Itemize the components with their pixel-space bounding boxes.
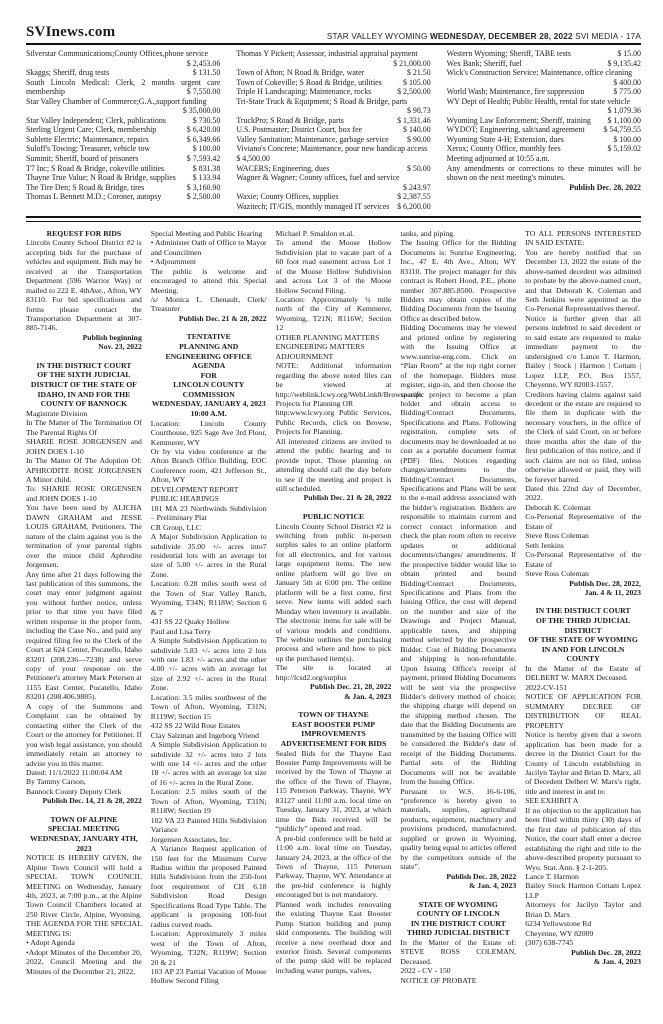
- expense-line: World Wash; Maintenance, fire suppressio…: [447, 87, 641, 97]
- expense-line: Skaggs; Sheriff, drug tests$ 131.50: [26, 68, 220, 78]
- expense-line: Thayne True Value; N Road & Bridge, supp…: [26, 173, 220, 183]
- notice-paragraph: Location: Lincoln County Courthouse, 925…: [151, 419, 267, 447]
- expense-payee: Town of Afton; N Road & Bridge, water: [236, 68, 364, 77]
- expense-line: Silverstar Communications;County Offices…: [26, 49, 220, 68]
- expense-line: U.S. Postmaster; District Court, box fee…: [236, 125, 430, 135]
- notice-paragraph: Co-Personal Representative of the Estate…: [525, 512, 641, 531]
- notice-paragraph: NOTICE OF APPLICATION FOR SUMMARY DECREE…: [525, 692, 641, 730]
- expense-payee: Xerox; County Office, monthly fees: [447, 144, 561, 153]
- notice-paragraph: NOTE: Additional information regarding t…: [276, 361, 392, 408]
- expense-payee: Sterling Urgent Care; Clerk, membership: [26, 125, 156, 134]
- notice-paragraph: 6234 Yellowstone Rd: [525, 919, 641, 928]
- expense-payee: Wyoming State 4-H; Extension, dues: [447, 135, 564, 144]
- expense-amount: $ 2,500.00: [181, 192, 221, 202]
- expense-payee: Star Valley Chamber of Commerce;G.A.,sup…: [26, 97, 206, 106]
- expense-amount: $ 21.50: [401, 68, 431, 78]
- site-title: SVInews.com: [26, 24, 115, 41]
- expense-line: Wick's Construction Service; Maintenance…: [447, 68, 641, 87]
- publish-line: Publish Dec. 14, 21 & 28, 2022: [26, 796, 142, 805]
- notice-paragraph: NOTICE IS HEREBY GIVEN, the Alpine Town …: [26, 853, 142, 938]
- expense-amount: $ 775.00: [607, 87, 641, 97]
- notice-paragraph: In The Matter Of The Adoption Of: APHROD…: [26, 456, 142, 484]
- expense-amount: $ 1,331.46: [391, 116, 431, 126]
- notice-paragraph: Jorgensen Associates, Inc.: [151, 835, 267, 844]
- legal-column-3: Michael P. Smaldon et.al.To amend the Mo…: [276, 229, 392, 1011]
- expense-payee: WYDOT; Engineering, salt/sand agreement: [447, 125, 585, 134]
- notice-paragraph: Location: 3.5 miles southwest of the Tow…: [151, 693, 267, 721]
- publish-line: Publish Dec. 21 & 28, 2022: [276, 493, 392, 502]
- expense-line: Star Valley Independent; Clerk, publicat…: [26, 116, 220, 126]
- expense-line: Tri-State Truck & Equipment; S Road & Br…: [236, 97, 430, 116]
- notice-paragraph: /s/ Monica L. Chenault, Clerk/ Treasurer: [151, 295, 267, 314]
- expense-amount: $ 140.00: [397, 125, 431, 135]
- expense-column-2: Thomas Y Pickett; Assessor, industrial a…: [236, 49, 430, 211]
- expense-payee: Thayne True Value; N Road & Bridge, supp…: [26, 173, 176, 182]
- expense-column-3: Western Wyoming; Sheriff, TABE tests$ 15…: [447, 49, 641, 211]
- notice-paragraph: SEE EXHIBIT A: [525, 796, 641, 805]
- notice-paragraph: 2022 - CV - 150: [400, 966, 516, 975]
- expense-line: Wagner & Wagner; County offices, fuel an…: [236, 173, 430, 192]
- notice-paragraph: Cheyenne, WY 82009: [525, 929, 641, 938]
- expense-amount: $ 50.00: [401, 164, 431, 174]
- expense-amount: $ 2,453.06: [181, 59, 221, 69]
- notice-paragraph: Bailey Stock Harmon Cottam Lopez LLP: [525, 881, 641, 900]
- notice-paragraph: Special Meeting and Public Hearing: [151, 229, 267, 238]
- notice-paragraph: Or by via video conference at the Afton …: [151, 447, 267, 485]
- publish-line: Publish Dec. 21, 28, 2022 & Jan. 4, 2023: [276, 682, 392, 701]
- expense-payee: Viviano's Concrete; Maintenance, pour ne…: [236, 144, 427, 153]
- notice-paragraph: Bidding Documents may be viewed and prin…: [400, 323, 516, 786]
- notice-paragraph: Steve Ross Coleman: [525, 569, 641, 578]
- notice-heading: IN THE DISTRICT COURT OF THE THIRD JUDIC…: [525, 606, 641, 664]
- notice-paragraph: A copy of the Summons and Complaint can …: [26, 702, 142, 768]
- expense-payee: Wick's Construction Service; Maintenance…: [447, 68, 632, 77]
- notice-paragraph: Sealed Bids for the Thayne East Booster …: [276, 749, 392, 834]
- notice-paragraph: A Variance Request application of 150 fe…: [151, 844, 267, 929]
- expense-payee: Sublette Electric; Maintenance, repairs: [26, 135, 149, 144]
- expense-payee: U.S. Postmaster; District Court, box fee: [236, 125, 362, 134]
- notice-paragraph: • Administer Oath of Office to Mayor and…: [151, 238, 267, 257]
- notice-paragraph: Dated: 11/1/2022 11:00:04 AM: [26, 768, 142, 777]
- expense-amount: $ 21,000.00: [387, 59, 430, 69]
- notice-heading: REQUEST FOR BIDS: [26, 229, 142, 239]
- notice-paragraph: Steve Ross Coleman: [525, 531, 641, 540]
- expense-line: Viviano's Concrete; Maintenance, pour ne…: [236, 144, 430, 154]
- expense-amount: $ 133.94: [187, 173, 221, 183]
- notice-paragraph: To: SHARIE ROSE ORGENSEN and JOHN DOES 1…: [26, 484, 142, 503]
- newspaper-page: SVInews.com STAR VALLEY WYOMING WEDNESDA…: [0, 0, 663, 1011]
- expense-line: Suloff's Towing; Treasurer, vehicle tow$…: [26, 144, 220, 154]
- publish-line: Publish Dec. 28, 2022 & Jan. 4, 2023: [400, 872, 516, 891]
- notice-paragraph: Lance T. Harmon: [525, 872, 641, 881]
- publish-line: Publish beginning Nov. 23, 2022: [26, 333, 142, 352]
- expense-amount: $ 243.97: [397, 183, 431, 193]
- expense-payee: WACERS; Engineering, dues: [236, 164, 329, 173]
- expense-amount: $ 35,000.00: [177, 106, 220, 116]
- expense-payee: WY Dept of Health; Public Health, rental…: [447, 97, 630, 106]
- notice-paragraph: 2022-CV-151: [525, 683, 641, 692]
- expense-amount: $ 2,387.55: [391, 192, 431, 202]
- expense-amount: $ 5,159.02: [601, 144, 641, 154]
- notice-paragraph: To amend the Moose Hollow Subdivision pl…: [276, 238, 392, 295]
- notice-paragraph: ENGINEERING MATTERS: [276, 342, 392, 351]
- expense-payee: The Tire Den; S Road & Bridge, tires: [26, 183, 144, 192]
- notice-paragraph: Co-Personal Representative of the Estate…: [525, 550, 641, 569]
- notice-paragraph: Location: 2.5 miles south of the Town of…: [151, 787, 267, 815]
- expense-amount: $ 98.73: [401, 106, 431, 116]
- expense-payee: Wazitech; IT/GIS, monthly managed IT ser…: [236, 202, 389, 211]
- notice-paragraph: Magistrate Division: [26, 409, 142, 418]
- expense-line: Sublette Electric; Maintenance, repairs$…: [26, 135, 220, 145]
- expense-amount: $ 730.50: [187, 116, 221, 126]
- notice-paragraph: Paul and Lisa Terry: [151, 627, 267, 636]
- expense-line: Valley Sanitation; Maintenance, garbage …: [236, 135, 430, 145]
- expense-line: Wazitech; IT/GIS, monthly managed IT ser…: [236, 202, 430, 212]
- expense-line: Star Valley Chamber of Commerce;G.A.,sup…: [26, 97, 220, 116]
- expense-line: Town of Afton; N Road & Bridge, water$ 2…: [236, 68, 430, 78]
- expense-amount: $ 2,500.00: [391, 87, 431, 97]
- expense-amount: $ 1,100.00: [601, 116, 641, 126]
- expense-amount: $ 54,759.55: [598, 125, 641, 135]
- expense-payee: Silverstar Communications;County Offices…: [26, 49, 208, 58]
- notice-paragraph: (307) 638-7745: [525, 938, 641, 947]
- expense-line: Wyoming Law Enforcement; Sheriff, traini…: [447, 116, 641, 126]
- notice-paragraph: You are hereby notified that on December…: [525, 248, 641, 314]
- expense-payee: Triple H Landscaping; Maintenance, rocks: [236, 87, 371, 96]
- expense-line: WYDOT; Engineering, salt/sand agreement$…: [447, 125, 641, 135]
- notice-paragraph: Notice is further given that all persons…: [525, 314, 641, 390]
- notice-paragraph: Planned work includes renovating the exi…: [276, 900, 392, 976]
- expense-amount: $ 6,420.00: [181, 125, 221, 135]
- expense-payee: Waxie; County Offices, supplies: [236, 192, 338, 201]
- expense-line: Summit; Sheriff, board of prisoners$ 7,5…: [26, 154, 220, 164]
- expense-amount: $ 7,593.42: [181, 154, 221, 164]
- expense-amount: $ 1,079.36: [601, 106, 641, 116]
- notice-paragraph: 101 MA 23 Northwinds Subdivision – Preli…: [151, 504, 267, 523]
- publish-line: Publish Dec. 21 & 28, 2022: [151, 314, 267, 323]
- expense-payee: Thomas L Bennett M.D.; Coroner, autopsy: [26, 192, 161, 201]
- notice-paragraph: The Issuing Office for the Bidding Docum…: [400, 238, 516, 323]
- expense-payee: Star Valley Independent; Clerk, publicat…: [26, 116, 166, 125]
- publish-line: Publish Dec. 28, 2022 & Jan. 4, 2023: [525, 948, 641, 967]
- notice-paragraph: DEVELOPMENT REPORT: [151, 485, 267, 494]
- expense-ledger: Silverstar Communications;County Offices…: [26, 45, 641, 216]
- notice-paragraph: Bannock County Deputy Clerk: [26, 787, 142, 796]
- expense-line: TruckPro; S Road & Bridge, parts$ 1,331.…: [236, 116, 430, 126]
- expense-line: Sterling Urgent Care; Clerk, membership$…: [26, 125, 220, 135]
- expense-line: Xerox; County Office, monthly fees$ 5,15…: [447, 144, 641, 154]
- notice-paragraph: A Simple Subdivision Application to subd…: [151, 740, 267, 787]
- dateline-date: WEDNESDAY, DECEMBER 28, 2022: [430, 32, 573, 41]
- notice-paragraph: All interested citizens are invited to a…: [276, 437, 392, 494]
- notice-paragraph: SHARIE ROSE JORGENSEN and JOHN DOES 1-10: [26, 437, 142, 456]
- notice-paragraph: Lincoln County School District #2 is swi…: [276, 522, 392, 664]
- expense-line: The Tire Den; S Road & Bridge, tires$ 3,…: [26, 183, 220, 193]
- legal-notices: REQUEST FOR BIDSLincoln County School Di…: [26, 222, 641, 1011]
- notice-paragraph: Meeting adjourned at 10:55 a.m.: [447, 154, 641, 164]
- legal-column-2: Special Meeting and Public Hearing• Admi…: [151, 229, 267, 1011]
- expense-payee: Suloff's Towing; Treasurer, vehicle tow: [26, 144, 150, 153]
- notice-paragraph: OTHER PLANNING MATTERS: [276, 333, 392, 342]
- expense-payee: Wyoming Law Enforcement; Sheriff, traini…: [447, 116, 591, 125]
- expense-line: Thomas Y Pickett; Assessor, industrial a…: [236, 49, 430, 68]
- legal-column-1: REQUEST FOR BIDSLincoln County School Di…: [26, 229, 142, 1011]
- expense-column-1: Silverstar Communications;County Offices…: [26, 49, 220, 211]
- notice-paragraph: In the Matter of the Estate of: STEVE RO…: [400, 938, 516, 966]
- notice-paragraph: The site is located at http://lcsd2.org/…: [276, 663, 392, 682]
- notice-paragraph: Lincoln County School District #2 is acc…: [26, 238, 142, 333]
- notice-paragraph: Creditors having claims against said dec…: [525, 390, 641, 485]
- expense-line: Waxie; County Offices, supplies$ 2,387.5…: [236, 192, 430, 202]
- expense-line: Wyoming State 4-H; Extension, dues$ 100.…: [447, 135, 641, 145]
- notice-paragraph: • Adjournment: [151, 257, 267, 266]
- expense-amount: $ 100.00: [187, 144, 221, 154]
- notice-paragraph: Deborah K. Coleman: [525, 503, 641, 512]
- notice-paragraph: 432 SS 22 Wild Rose Estates: [151, 721, 267, 730]
- notice-paragraph: The public is welcome and encouraged to …: [151, 267, 267, 295]
- notice-heading: TENTATIVE PLANNING AND ENGINEERING OFFIC…: [151, 332, 267, 418]
- notice-heading: STATE OF WYOMING COUNTY OF LINCOLN IN TH…: [400, 900, 516, 938]
- expense-line: Triple H Landscaping; Maintenance, rocks…: [236, 87, 430, 97]
- expense-amount: $ 9,135.42: [601, 59, 641, 69]
- expense-amount: $ 15.00: [611, 49, 641, 59]
- notice-paragraph: NOTICE OF PROBATE: [400, 976, 516, 985]
- notice-paragraph: http:www.lcwy.org Public Services, Publi…: [276, 408, 392, 436]
- expense-amount: $ 90.00: [401, 135, 431, 145]
- notice-paragraph: Any amendments or corrections to these m…: [447, 164, 641, 183]
- notice-paragraph: Notice is hereby given that a sworn appl…: [525, 730, 641, 796]
- notice-paragraph: A Major Subdivision Application to subdi…: [151, 532, 267, 579]
- expense-payee: Summit; Sheriff, board of prisoners: [26, 154, 138, 163]
- notice-paragraph: In the Matter of the Estate of DELBERT W…: [525, 664, 641, 683]
- expense-line: Wex Bank; Sheriff, fuel$ 9,135.42: [447, 59, 641, 69]
- expense-payee: Town of Cokeville; S Road & Bridge, util…: [236, 78, 381, 87]
- notice-paragraph: In The Matter of The Termination Of The …: [26, 418, 142, 437]
- notice-paragraph: You have been sued by ALICHA DAWN GRAHAM…: [26, 503, 142, 569]
- expense-amount: $ 831.38: [187, 164, 221, 174]
- expense-payee: Tri-State Truck & Equipment; S Road & Br…: [236, 97, 407, 106]
- notice-paragraph: Location: Approximately ¼ mile north of …: [276, 295, 392, 333]
- expense-line: WACERS; Engineering, dues$ 50.00: [236, 164, 430, 174]
- expense-payee: World Wash; Maintenance, fire suppressio…: [447, 87, 585, 96]
- expense-amount: $ 400.00: [607, 78, 641, 88]
- notice-paragraph: 102 VA 23 Painted Hills Subdivision Vari…: [151, 816, 267, 835]
- notice-paragraph: tanks, and piping.: [400, 229, 516, 238]
- notice-heading: PUBLIC NOTICE: [276, 512, 392, 522]
- expense-amount: $ 7,550.00: [181, 87, 221, 97]
- expense-amount: $ 3,160.90: [181, 183, 221, 193]
- notice-paragraph: ADJOURNMENT: [276, 352, 392, 361]
- expense-line: T7 Inc; S Road & Bridge, cokeville utili…: [26, 164, 220, 174]
- expense-line: South Lincoln Medical: Clerk, 2 months u…: [26, 78, 220, 97]
- notice-paragraph: Location: Approximately 3 miles west of …: [151, 929, 267, 967]
- expense-amount: $ 6,349.66: [181, 135, 221, 145]
- expense-payee: $ 4,500.00: [236, 154, 270, 163]
- legal-column-5: TO ALL PERSONS INTERESTED IN SAID ESTATE…: [525, 229, 641, 1011]
- expense-payee: Valley Sanitation; Maintenance, garbage …: [236, 135, 388, 144]
- publish-line: Publish Dec. 28, 2022: [447, 183, 641, 193]
- notice-heading: IN THE DISTRICT COURT OF THE SIXTH JUDIC…: [26, 361, 142, 409]
- expense-payee: Wex Bank; Sheriff, fuel: [447, 59, 522, 68]
- expense-line: $ 4,500.00: [236, 154, 430, 164]
- notice-paragraph: Dated this 22nd day of December, 2022.: [525, 484, 641, 503]
- notice-paragraph: • Adopt Agenda: [26, 938, 142, 947]
- notice-paragraph: A Simple Subdivision Application to subd…: [151, 636, 267, 693]
- dateline-location: STAR VALLEY WYOMING: [327, 32, 430, 41]
- notice-paragraph: 431 SS 22 Quaky Hollow: [151, 617, 267, 626]
- notice-paragraph: TO ALL PERSONS INTERESTED IN SAID ESTATE…: [525, 229, 641, 248]
- expense-payee: Thomas Y Pickett; Assessor, industrial a…: [236, 49, 417, 58]
- notice-paragraph: Pursuant to W.S. 16-6-106, “preference i…: [400, 787, 516, 872]
- notice-paragraph: If no objection to the application has b…: [525, 806, 641, 872]
- legal-column-4: tanks, and piping.The Issuing Office for…: [400, 229, 516, 1011]
- expense-payee: Western Wyoming; Sheriff, TABE tests: [447, 49, 571, 58]
- notice-paragraph: Clay Salzman and Ingeborg Vriend: [151, 731, 267, 740]
- notice-heading: TOWN OF THAYNE EAST BOOSTER PUMP IMPROVE…: [276, 710, 392, 748]
- notice-heading: TOWN OF ALPINE SPECIAL MEETING WEDNESDAY…: [26, 815, 142, 853]
- expense-amount: $ 105.00: [397, 78, 431, 88]
- notice-paragraph: Attorneys for Jacilyn Taylor and Brian D…: [525, 900, 641, 919]
- expense-payee: Skaggs; Sheriff, drug tests: [26, 68, 109, 77]
- notice-paragraph: PUBLIC HEARINGS: [151, 494, 267, 503]
- expense-line: Town of Cokeville; S Road & Bridge, util…: [236, 78, 430, 88]
- masthead: SVInews.com STAR VALLEY WYOMING WEDNESDA…: [26, 24, 641, 45]
- notice-paragraph: •Adopt Minutes of the December 20, 2022,…: [26, 948, 142, 976]
- expense-amount: $ 131.50: [187, 68, 221, 78]
- expense-amount: $ 100.00: [607, 135, 641, 145]
- notice-paragraph: Seth Jenkins: [525, 541, 641, 550]
- expense-payee: TruckPro; S Road & Bridge, parts: [236, 116, 344, 125]
- notice-paragraph: By Tammy Carson,: [26, 777, 142, 786]
- notice-paragraph: Any time after 21 days following the las…: [26, 570, 142, 702]
- expense-amount: $ 6,200.00: [391, 202, 431, 212]
- expense-payee: T7 Inc; S Road & Bridge, cokeville utili…: [26, 164, 164, 173]
- expense-line: WY Dept of Health; Public Health, rental…: [447, 97, 641, 116]
- expense-payee: Wagner & Wagner; County offices, fuel an…: [236, 173, 399, 182]
- notice-paragraph: Michael P. Smaldon et.al.: [276, 229, 392, 238]
- dateline-edition: SVI MEDIA - 17A: [573, 32, 641, 41]
- notice-paragraph: 103 AP 23 Partial Vacation of Moose Holl…: [151, 967, 267, 986]
- expense-line: Western Wyoming; Sheriff, TABE tests$ 15…: [447, 49, 641, 59]
- notice-paragraph: CR Group, LLC: [151, 523, 267, 532]
- publish-line: Publish Dec. 28, 2022, Jan. 4 & 11, 2023: [525, 579, 641, 598]
- notice-paragraph: A pre-bid conference will be held at 11:…: [276, 834, 392, 900]
- notice-paragraph: Location: 0.28 miles south west of the T…: [151, 579, 267, 617]
- expense-line: Thomas L Bennett M.D.; Coroner, autopsy$…: [26, 192, 220, 202]
- dateline: STAR VALLEY WYOMING WEDNESDAY, DECEMBER …: [327, 32, 641, 41]
